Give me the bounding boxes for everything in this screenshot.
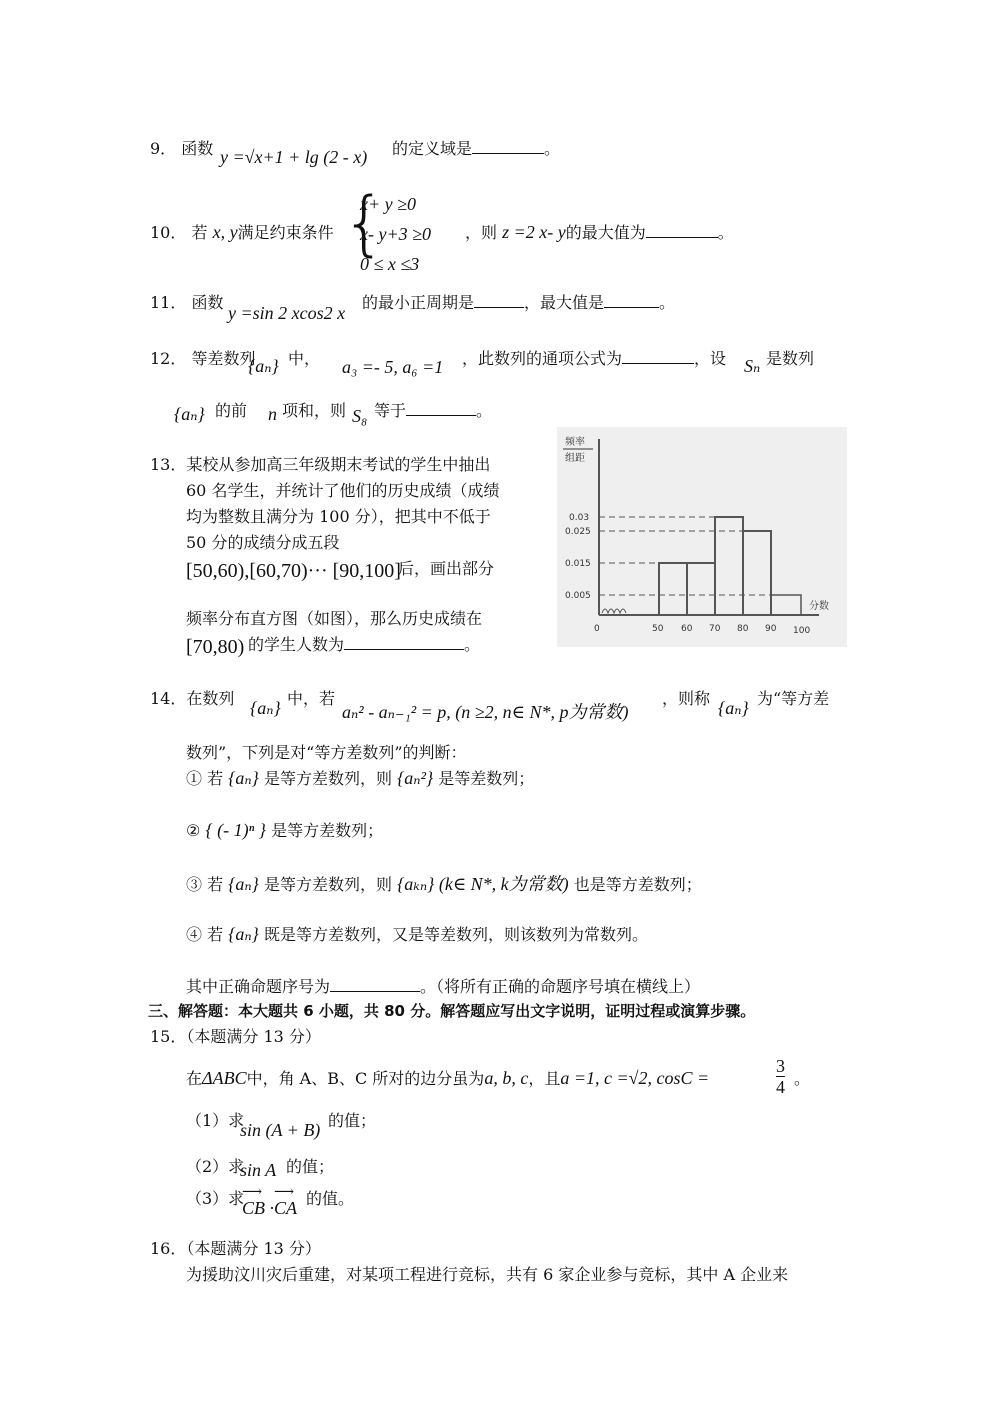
q14-item-4: ④ 若 {aₙ} 既是等方差数列，又是等差数列，则该数列为常数列。 [186, 922, 648, 945]
fraction-3-4: 3 4 [776, 1056, 785, 1097]
svg-text:0: 0 [594, 624, 600, 634]
y-axis-label-top: 频率 [565, 435, 585, 448]
q15-stem: 在ΔABC中，角 A、B、C 所对的边分虽为a, b, c，且a =1, c =… [186, 1066, 709, 1089]
svg-text:60: 60 [681, 624, 693, 634]
svg-text:70: 70 [709, 624, 721, 634]
q14-item-3: ③ 若 {aₙ} 是等方差数列，则 {aₖₙ} (k∈ N*, k为常数) 也是… [186, 870, 702, 896]
bar-60-70 [687, 563, 715, 615]
question-15: 15．（本题满分 13 分） [150, 1024, 321, 1047]
x-axis-label: 分数 [809, 599, 829, 612]
partial-bar-mark [602, 609, 626, 613]
answer-blank-s8[interactable] [406, 414, 476, 416]
q14-answer-line: 其中正确命题序号为。（将所有正确的命题序号填在横线上） [186, 974, 700, 997]
svg-text:90: 90 [765, 624, 777, 634]
q14-item-1: ① 若 {aₙ} 是等方差数列，则 {aₙ²} 是等差数列； [186, 766, 534, 789]
q12-condition: a₃ =- 5, a₆ =1 [342, 357, 443, 378]
svg-text:50: 50 [652, 624, 664, 634]
svg-text:0.005: 0.005 [565, 591, 591, 601]
constraint-1: x+ y ≥0 [360, 194, 416, 215]
seq-a-n: {aₙ} [248, 356, 279, 377]
question-number: 9． [150, 139, 176, 158]
q10-tail: ，则 z =2 x- y的最大值为。 [465, 220, 734, 243]
constraint-2: x- y+3 ≥0 [360, 224, 431, 245]
q15-part-2: （2）求 [186, 1154, 244, 1177]
histogram-svg: 频率 组距 0.03 0.025 0.015 0.005 [557, 427, 847, 647]
answer-blank-formula[interactable] [622, 362, 694, 364]
y-axis-label-bottom: 组距 [565, 452, 585, 464]
vector-dot-product: CB ·CA [242, 1198, 297, 1219]
q15-part-3: （3）求 [186, 1186, 244, 1209]
answer-blank-period[interactable] [474, 306, 524, 308]
bar-80-90 [743, 531, 771, 615]
svg-text:0.03: 0.03 [569, 513, 589, 523]
svg-text:80: 80 [737, 624, 749, 634]
question-14: 14．在数列 [150, 686, 234, 709]
q14-definition: aₙ² - aₙ₋₁² = p, (n ≥2, n∈ N*, p为常数) [342, 698, 628, 724]
intervals: [50,60),[60,70)··· [90,100] [186, 560, 401, 583]
question-12: 12． 等差数列 [150, 346, 255, 369]
q16-text: 为援助汶川灾后重建，对某项工程进行竞标，共有 6 家企业参与竞标，其中 A 企业… [186, 1262, 788, 1285]
q12-mid: ，此数列的通项公式为，设 [462, 346, 726, 369]
section-heading-3: 三、解答题：本大题共 6 小题，共 80 分。解答题应写出文字说明，证明过程或演… [148, 1000, 755, 1021]
bar-70-80 [715, 517, 743, 615]
answer-blank-propositions[interactable] [330, 990, 420, 992]
svg-text:100: 100 [793, 626, 810, 636]
answer-blank-max[interactable] [604, 306, 659, 308]
q15-part-1: （1）求 [186, 1108, 244, 1131]
q11-formula: y =sin 2 xcos2 x [228, 303, 345, 324]
bar-50-60 [659, 563, 687, 615]
svg-text:0.025: 0.025 [565, 527, 591, 537]
answer-blank[interactable] [472, 152, 544, 154]
question-10: 10． 若 x, y满足约束条件 [150, 220, 334, 243]
q9-tail: 的定义域是。 [392, 136, 560, 159]
answer-blank[interactable] [646, 236, 718, 238]
answer-blank-count[interactable] [344, 648, 464, 650]
question-13: 13．某校从参加高三年级期末考试的学生中抽出 [150, 452, 490, 475]
q14-item-2: ② { (- 1)ⁿ } 是等方差数列； [186, 818, 383, 841]
question-9: 9． 函数 [150, 136, 213, 159]
histogram-chart: 频率 组距 0.03 0.025 0.015 0.005 [557, 427, 847, 647]
svg-text:0.015: 0.015 [565, 559, 591, 569]
q9-formula: y =√x+1 + lg (2 - x) [220, 147, 367, 168]
question-11: 11． 函数 [150, 290, 223, 313]
constraint-3: 0 ≤ x ≤3 [360, 254, 419, 275]
q11-tail: 的最小正周期是，最大值是。 [362, 290, 675, 313]
question-16: 16．（本题满分 13 分） [150, 1236, 321, 1259]
bar-90-100 [771, 595, 801, 615]
